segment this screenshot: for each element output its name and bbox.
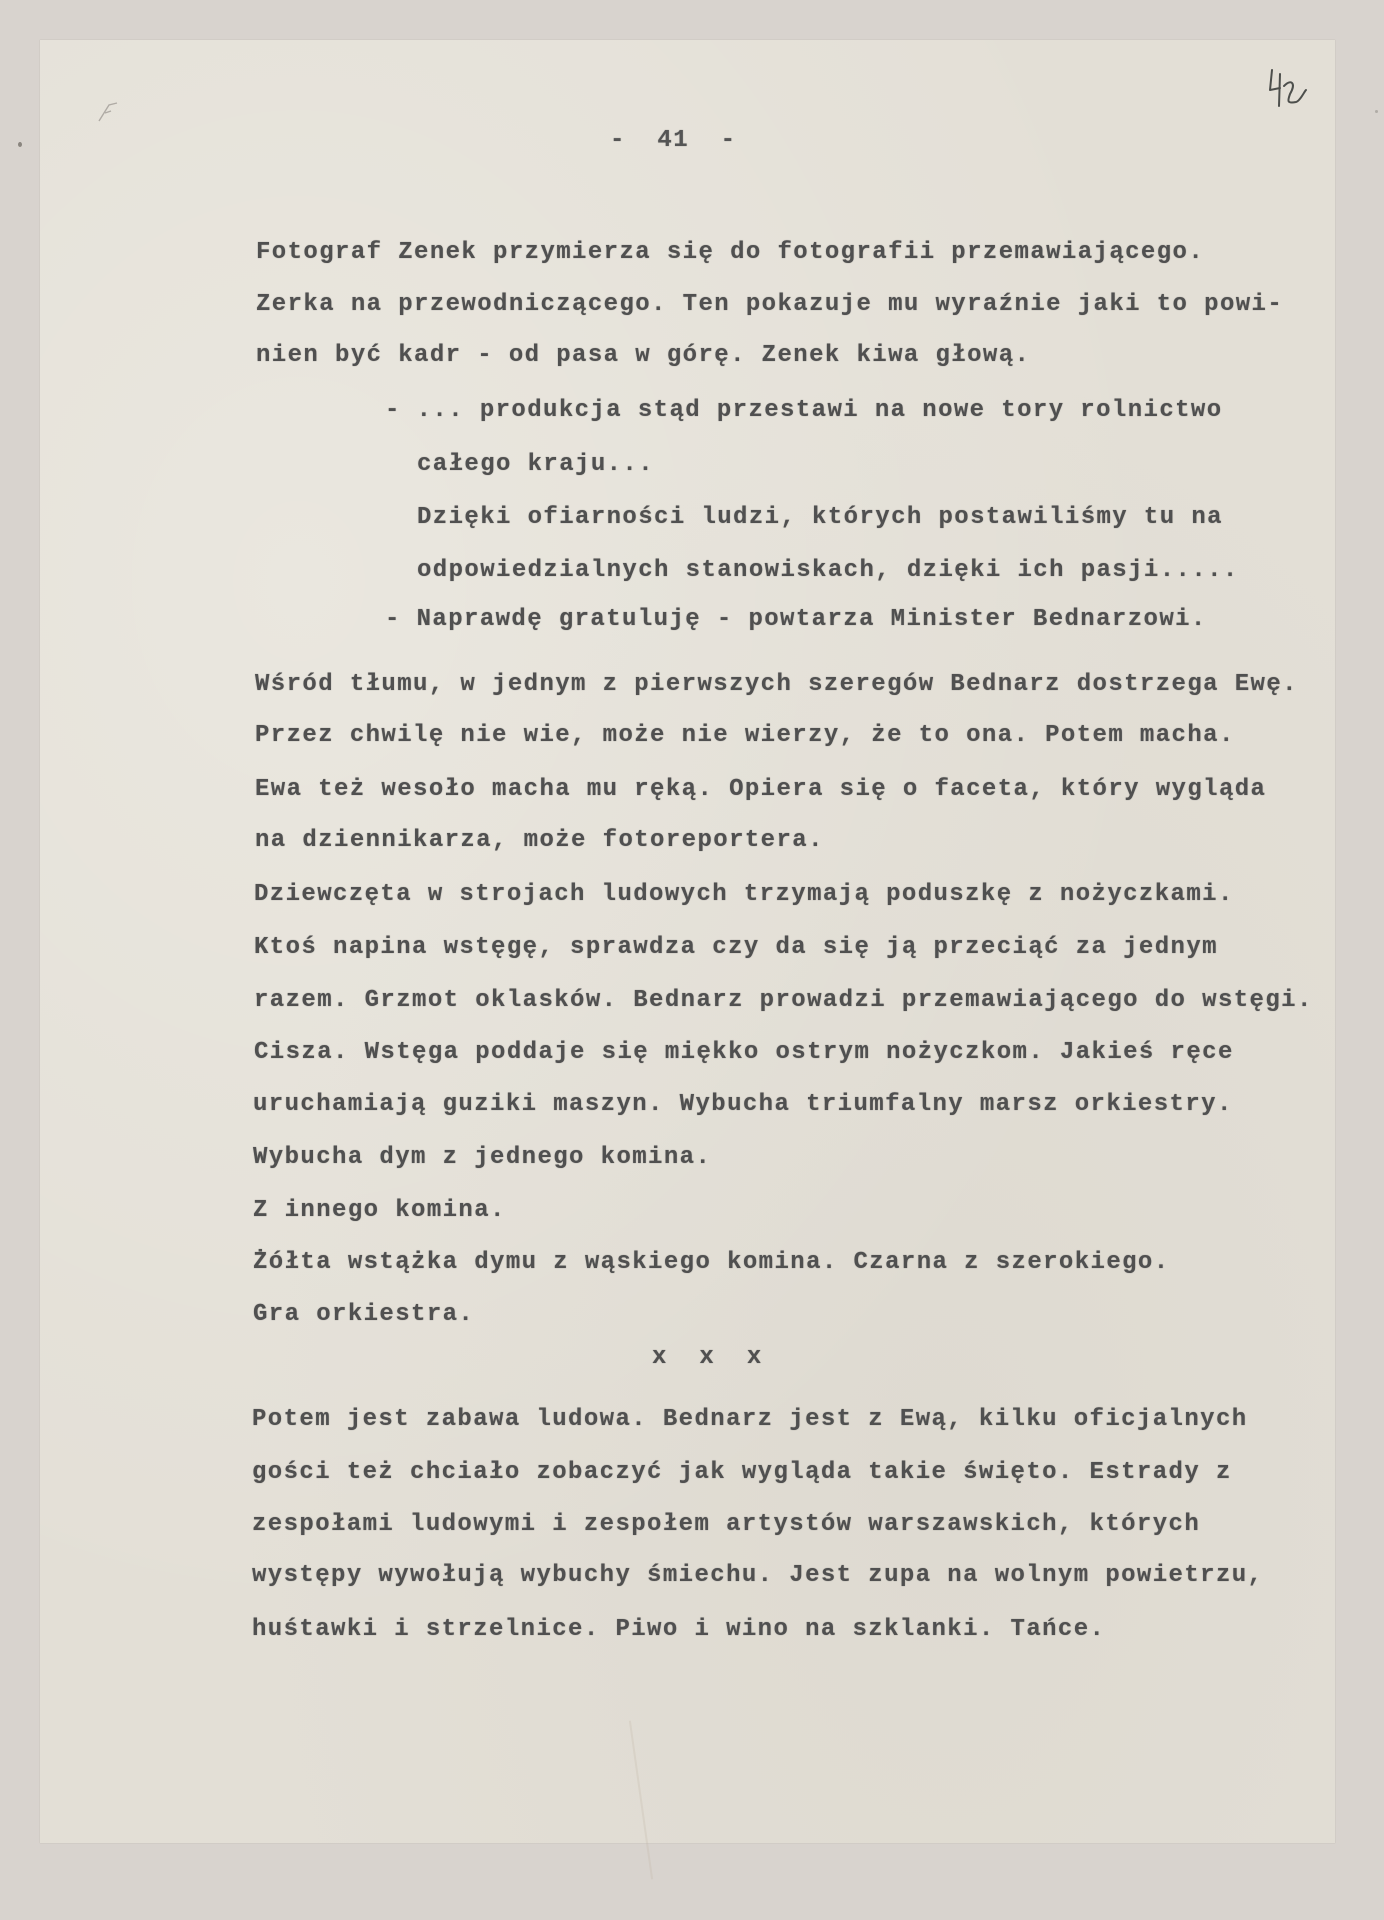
text-line: Ewa też wesoło macha mu ręką. Opiera się…: [255, 778, 1266, 802]
backdrop-speck: [18, 142, 22, 147]
handwritten-folio-number-icon: 42: [1262, 62, 1318, 118]
paper-crease: [629, 1721, 653, 1880]
text-line: Gra orkiestra.: [253, 1303, 474, 1327]
speech-line: - ... produkcja stąd przestawi na nowe t…: [385, 399, 1223, 423]
text-line: gości też chciało zobaczyć jak wygląda t…: [252, 1461, 1232, 1485]
text-line: Cisza. Wstęga poddaje się miękko ostrym …: [254, 1041, 1234, 1065]
text-line: Żółta wstążka dymu z wąskiego komina. Cz…: [253, 1251, 1170, 1275]
text-line: Wybucha dym z jednego komina.: [253, 1146, 711, 1170]
page-number: - 41 -: [610, 129, 736, 153]
text-line: Fotograf Zenek przymierza się do fotogra…: [256, 241, 1204, 265]
text-line: Dziewczęta w strojach ludowych trzymają …: [254, 883, 1234, 907]
text-line: Przez chwilę nie wie, może nie wierzy, ż…: [255, 724, 1235, 748]
text-line: huśtawki i strzelnice. Piwo i wino na sz…: [252, 1618, 1105, 1642]
text-line: uruchamiają guziki maszyn. Wybucha trium…: [253, 1093, 1233, 1117]
text-line: razem. Grzmot oklasków. Bednarz prowadzi…: [254, 989, 1313, 1013]
pencil-mark-icon: [95, 95, 135, 125]
speech-line: odpowiedzialnych stanowiskach, dzięki ic…: [417, 559, 1239, 583]
section-separator: x x x: [652, 1346, 763, 1370]
text-line: Ktoś napina wstęgę, sprawdza czy da się …: [254, 936, 1218, 960]
backdrop-speck: [1375, 110, 1378, 113]
text-line: Wśród tłumu, w jednym z pierwszych szere…: [255, 673, 1298, 697]
speech-line: Dzięki ofiarności ludzi, których postawi…: [417, 506, 1223, 530]
text-line: Potem jest zabawa ludowa. Bednarz jest z…: [252, 1408, 1248, 1432]
speech-line: - Naprawdę gratuluję - powtarza Minister…: [385, 608, 1207, 632]
text-line: występy wywołują wybuchy śmiechu. Jest z…: [252, 1564, 1263, 1588]
text-line: nien być kadr - od pasa w górę. Zenek ki…: [256, 344, 1030, 368]
text-line: Z innego komina.: [253, 1199, 506, 1223]
text-line: na dziennikarza, może fotoreportera.: [255, 829, 824, 853]
speech-line: całego kraju...: [417, 453, 654, 477]
text-line: Zerka na przewodniczącego. Ten pokazuje …: [256, 293, 1283, 317]
text-line: zespołami ludowymi i zespołem artystów w…: [252, 1513, 1200, 1537]
